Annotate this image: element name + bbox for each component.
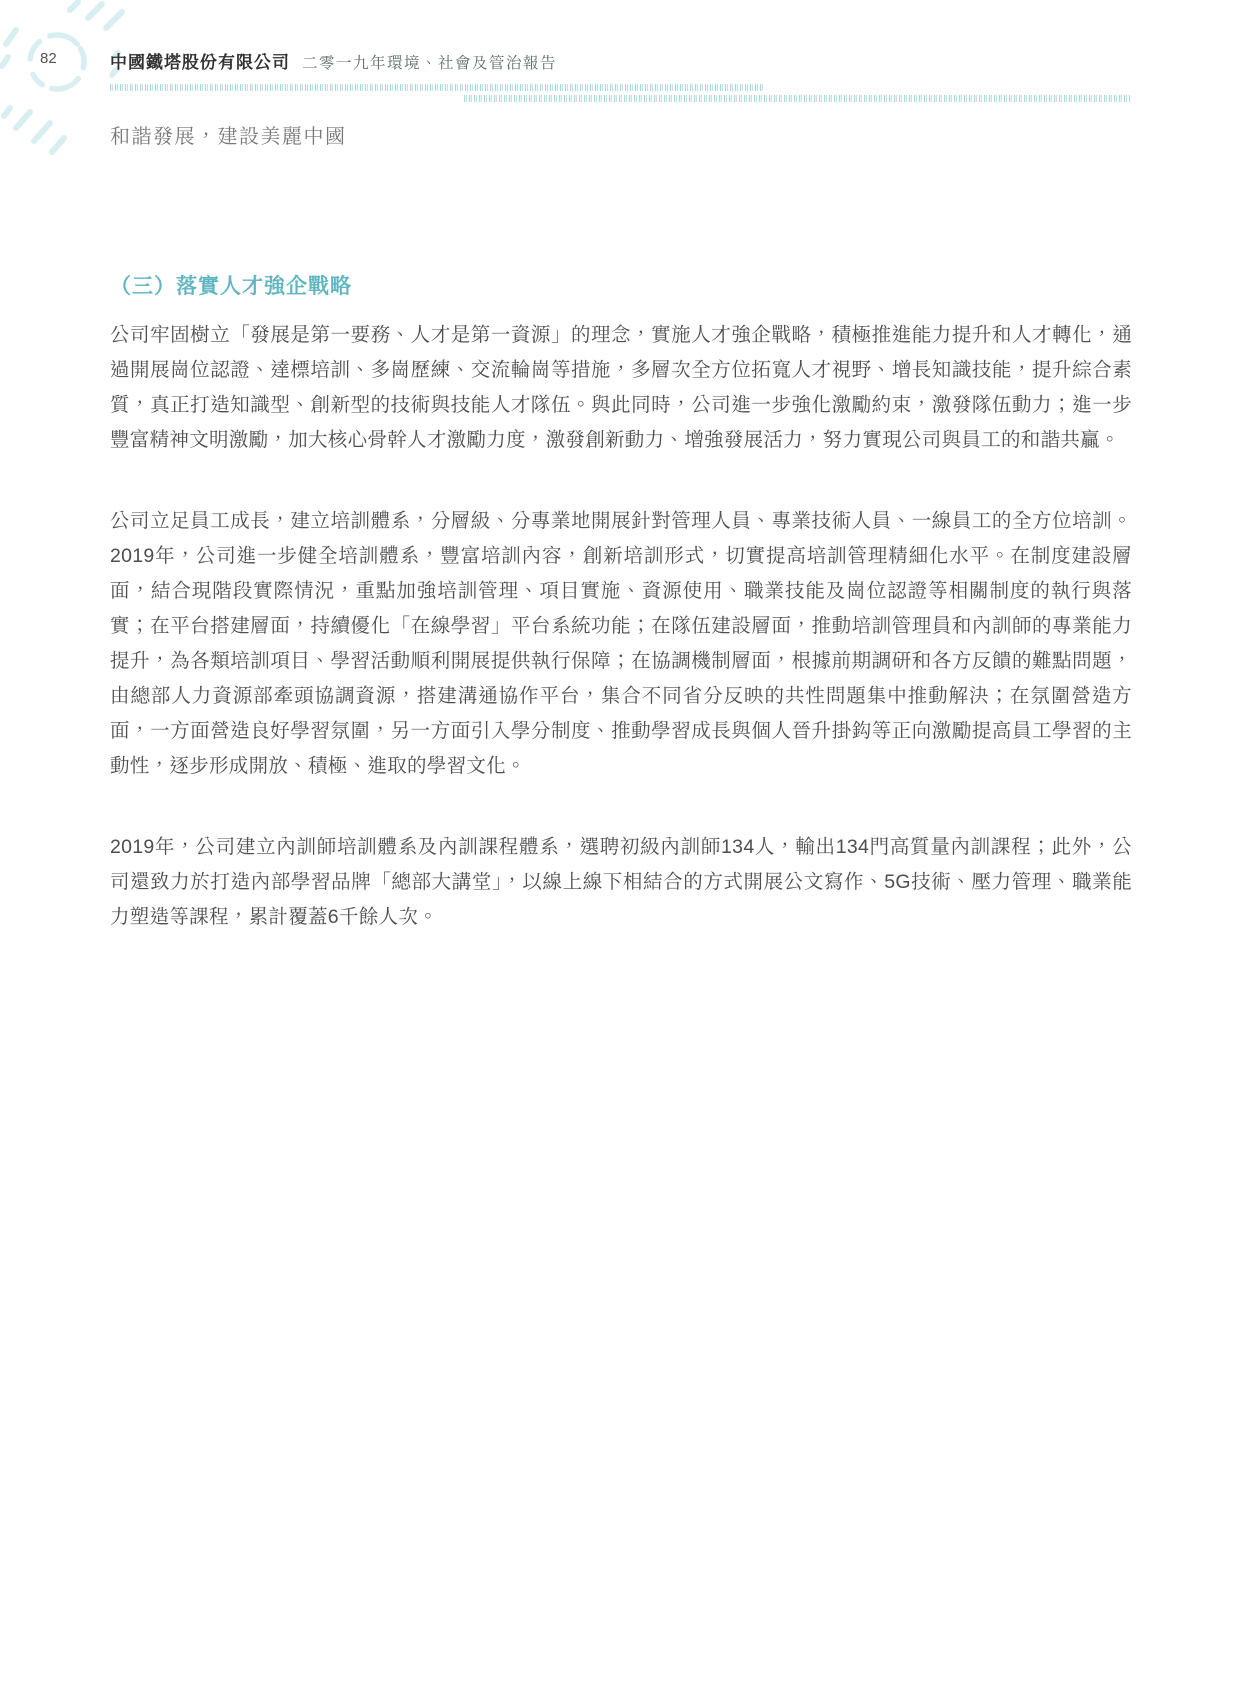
company-name: 中國鐵塔股份有限公司 bbox=[110, 53, 290, 72]
body-content: （三）落實人才強企戰略 公司牢固樹立「發展是第一要務、人才是第一資源」的理念，實… bbox=[110, 270, 1132, 935]
header-rule-bottom bbox=[464, 95, 1130, 102]
paragraph-3: 2019年，公司建立內訓師培訓體系及內訓課程體系，選聘初級內訓師134人，輸出1… bbox=[110, 830, 1132, 935]
report-title: 二零一九年環境、社會及管治報告 bbox=[302, 55, 557, 72]
paragraph-1: 公司牢固樹立「發展是第一要務、人才是第一資源」的理念，實施人才強企戰略，積極推進… bbox=[110, 318, 1132, 458]
report-page: 82 中國鐵塔股份有限公司二零一九年環境、社會及管治報告 和諧發展，建設美麗中國… bbox=[0, 0, 1240, 1682]
page-number: 82 bbox=[40, 50, 57, 67]
header-rule-top bbox=[110, 84, 764, 91]
page-header: 中國鐵塔股份有限公司二零一九年環境、社會及管治報告 bbox=[110, 48, 557, 73]
section-heading: （三）落實人才強企戰略 bbox=[110, 270, 1132, 300]
paragraph-2: 公司立足員工成長，建立培訓體系，分層級、分專業地開展針對管理人員、專業技術人員、… bbox=[110, 504, 1132, 784]
chapter-tagline: 和諧發展，建設美麗中國 bbox=[110, 120, 347, 149]
